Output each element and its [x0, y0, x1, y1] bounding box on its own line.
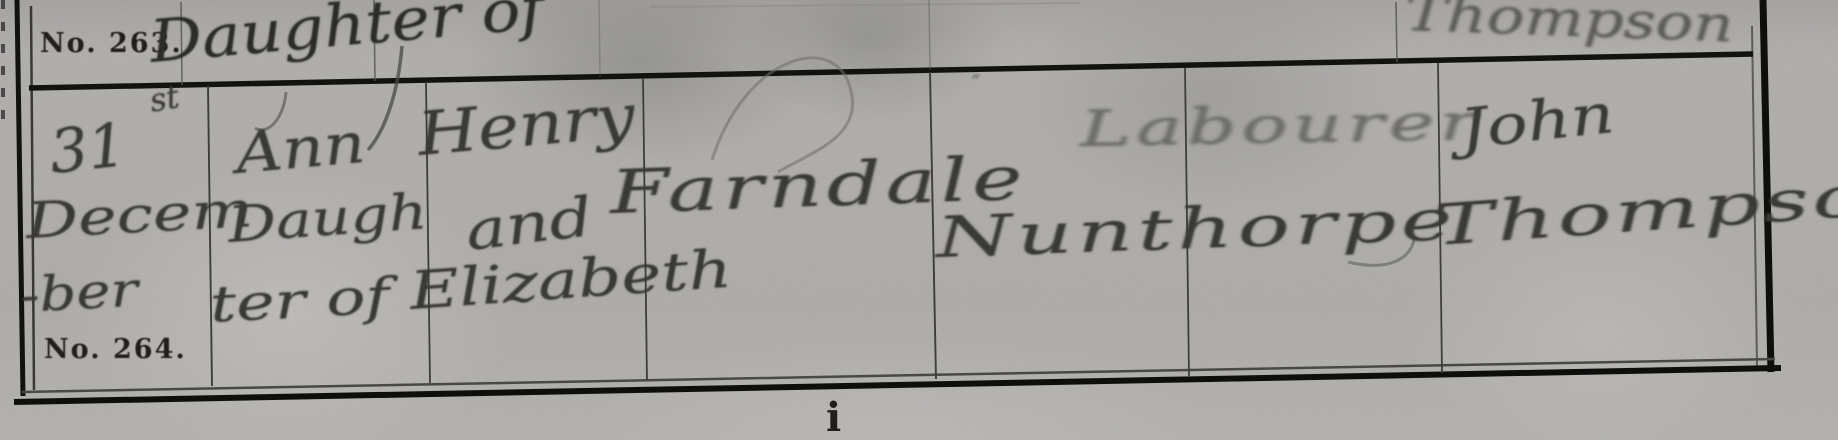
profession-handwriting: Labourer	[1079, 93, 1481, 158]
father-name-handwriting: Henry	[415, 81, 638, 170]
bottom-inner-border	[22, 359, 1775, 392]
bottom-outer-border	[14, 368, 1781, 402]
entry-264-number-label: No. 264.	[44, 334, 187, 365]
register-scan-page: No. 263. No. 264. Daughter of Thompson 3…	[0, 0, 1838, 440]
mother-name-handwriting: Elizabeth	[408, 240, 734, 322]
baptism-month-line1-handwriting: Decem	[24, 180, 254, 250]
left-outer-border	[17, 0, 23, 396]
entry-263-relation-handwriting: Daughter of	[147, 0, 547, 76]
baptism-day-handwriting: 31	[46, 110, 129, 188]
entry-263-minister-signature: Thompson	[1404, 0, 1735, 53]
baptism-day-suffix-handwriting: st	[147, 77, 182, 120]
relation-line1-handwriting: Daugh	[226, 182, 429, 254]
top-faint-rule	[650, 3, 1080, 7]
baptism-month-line2-handwriting: -ber	[19, 262, 140, 324]
page-signature-mark: i	[826, 394, 841, 440]
column-rule-row1-d	[929, 0, 930, 70]
pen-flourish-of-descender	[368, 46, 402, 150]
column-rule-3	[643, 78, 647, 381]
column-rule-row1-c	[599, 0, 600, 77]
relation-line2-handwriting: ter of	[208, 267, 390, 334]
child-name-handwriting: Ann	[233, 111, 368, 187]
minister-line2-handwriting: Thompson	[1432, 159, 1838, 259]
column-rule-row1-e	[1396, 2, 1397, 62]
ditto-mark: ″	[972, 72, 980, 97]
